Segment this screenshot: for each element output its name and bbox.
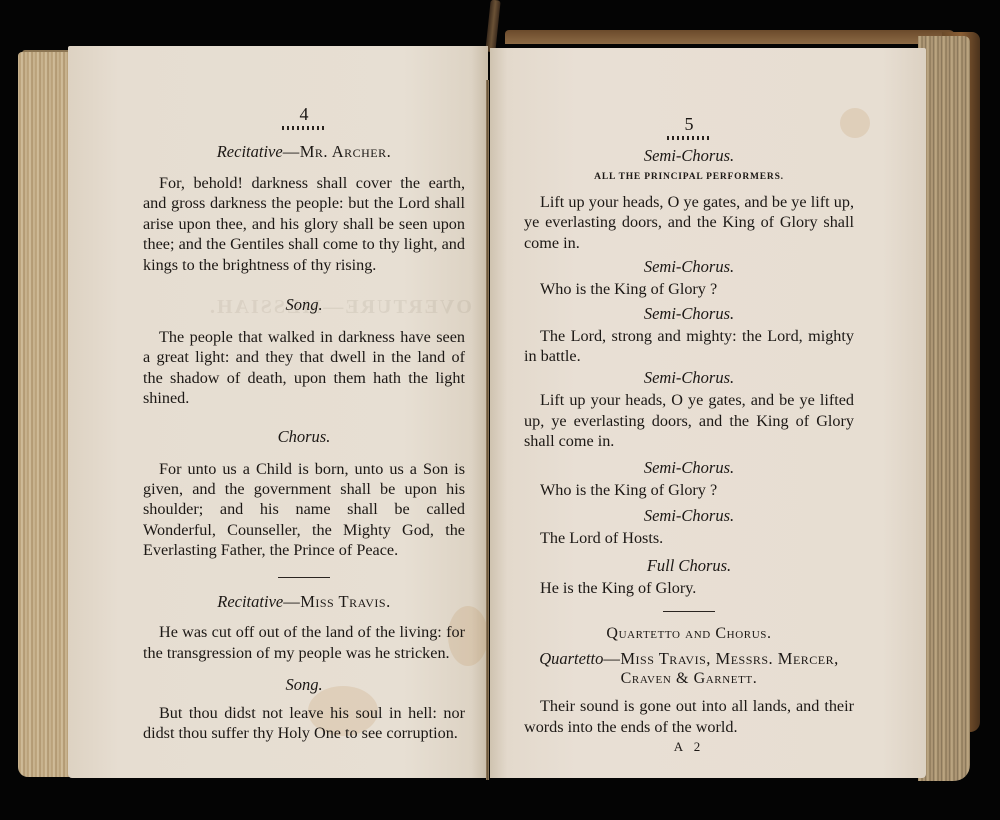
lyric-paragraph: Their sound is gone out into all lands, … <box>524 696 854 737</box>
heading-dash: — <box>603 649 620 668</box>
photo-background: OVERTURE—MESSIAH. 4 Recitative—Mr. Arche… <box>0 0 1000 820</box>
signature-mark: A 2 <box>524 739 854 755</box>
section-heading: Semi-Chorus. <box>524 146 854 166</box>
section-heading: Chorus. <box>143 427 465 447</box>
lyric-paragraph: Who is the King of Glory ? <box>524 480 854 500</box>
section-heading: Recitative—Mr. Archer. <box>143 142 465 162</box>
lyric-paragraph: For unto us a Child is born, unto us a S… <box>143 459 465 561</box>
lyric-paragraph: Who is the King of Glory ? <box>524 279 854 299</box>
heading-label: Recitative <box>217 592 283 611</box>
lyric-paragraph: For, behold! darkness shall cover the ea… <box>143 173 465 275</box>
section-heading: Song. <box>143 675 465 695</box>
performer-name: Miss Travis. <box>300 592 391 611</box>
heading-label: Recitative <box>217 142 283 161</box>
section-heading: Semi-Chorus. <box>524 257 854 277</box>
performer-name: Mr. Archer. <box>300 142 392 161</box>
lyric-paragraph: Lift up your heads, O ye gates, and be y… <box>524 192 854 253</box>
lyric-paragraph: Lift up your heads, O ye gates, and be y… <box>524 390 854 451</box>
heading-label: Quartetto <box>539 649 603 668</box>
performer-names-cont: Craven & Garnett. <box>524 669 854 688</box>
heading-dash: — <box>283 142 300 161</box>
heading-dash: — <box>283 592 300 611</box>
book-cover-top <box>505 30 955 44</box>
page-number: 5 <box>524 114 854 134</box>
book-gutter <box>486 80 489 780</box>
ornamental-rule <box>667 136 711 140</box>
section-heading: Song. <box>143 295 465 315</box>
lyric-paragraph: The Lord, strong and mighty: the Lord, m… <box>524 326 854 367</box>
lyric-paragraph: He was cut off out of the land of the li… <box>143 622 465 663</box>
lyric-paragraph: He is the King of Glory. <box>524 578 854 598</box>
right-page-text: 5 Semi-Chorus. All the Principal Perform… <box>524 114 854 755</box>
section-heading: Semi-Chorus. <box>524 304 854 324</box>
bookmark-ribbon <box>485 0 500 52</box>
lyric-paragraph: But thou didst not leave his soul in hel… <box>143 703 465 744</box>
page-number: 4 <box>143 104 465 124</box>
section-title: Quartetto and Chorus. <box>524 624 854 643</box>
section-heading: Recitative—Miss Travis. <box>143 592 465 612</box>
section-heading: Semi-Chorus. <box>524 368 854 388</box>
section-heading: Semi-Chorus. <box>524 506 854 526</box>
lyric-paragraph: The people that walked in darkness have … <box>143 327 465 409</box>
section-divider <box>663 611 715 613</box>
lyric-paragraph: The Lord of Hosts. <box>524 528 854 548</box>
performers-subheading: All the Principal Performers. <box>524 172 854 182</box>
left-page-text: 4 Recitative—Mr. Archer. For, behold! da… <box>143 104 465 744</box>
ornamental-rule <box>282 126 326 130</box>
section-divider <box>278 577 330 579</box>
section-heading: Full Chorus. <box>524 556 854 576</box>
section-heading: Quartetto—Miss Travis, Messrs. Mercer, <box>524 649 854 669</box>
section-heading: Semi-Chorus. <box>524 458 854 478</box>
performer-names: Miss Travis, Messrs. Mercer, <box>620 649 838 668</box>
